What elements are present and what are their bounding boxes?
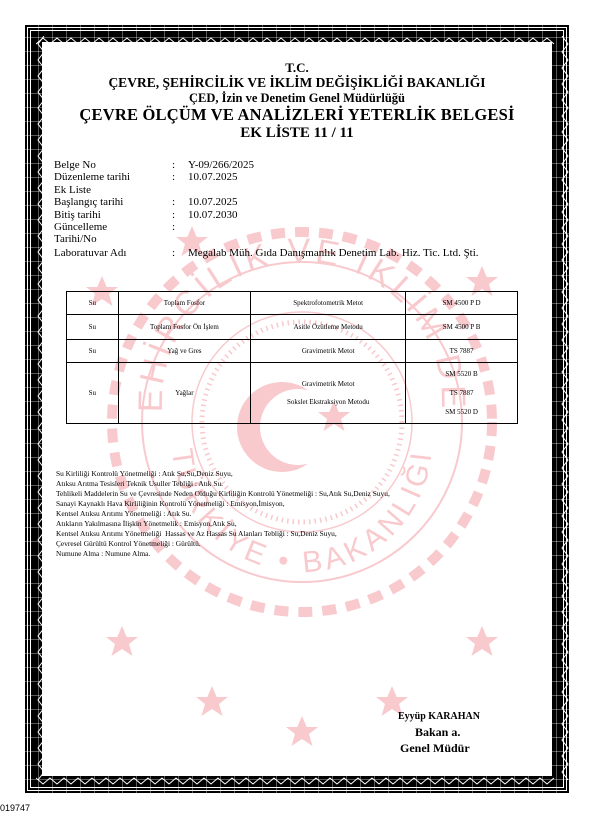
signatory-title-line2: Genel Müdür	[400, 741, 470, 756]
info-label: Başlangıç tarihi	[54, 196, 172, 208]
standard-cell: TS 7887	[406, 340, 518, 363]
standard-line: SM 5520 D	[408, 403, 515, 422]
info-colon: :	[172, 221, 188, 233]
info-colon: :	[172, 209, 188, 221]
signatory-title-line1: Bakan a.	[415, 725, 460, 740]
info-row: Düzenleme tarihi : 10.07.2025	[54, 171, 479, 183]
parameter-cell: Yağ ve Gres	[118, 340, 251, 363]
table-row: Su Toplam Fosfor Ön İşlem Asitle Özütlem…	[67, 315, 518, 340]
regulation-item: Sanayi Kaynaklı Hava Kirliliğinin Kontro…	[56, 499, 390, 509]
document-number: Y-09/266/2025	[188, 159, 254, 171]
regulation-item: Atıksu Arıtma Tesisleri Teknik Usuller T…	[56, 479, 390, 489]
method-cell: Gravimetrik Metot	[251, 340, 406, 363]
info-colon: :	[172, 171, 188, 183]
info-colon: :	[172, 196, 188, 208]
method-line: Sokslet Ekstraksiyon Metodu	[253, 393, 403, 411]
info-label: Ek Liste	[54, 184, 172, 196]
info-colon: :	[172, 247, 188, 259]
ministry-name: ÇEVRE, ŞEHİRCİLİK VE İKLİM DEĞİŞİKLİĞİ B…	[42, 75, 552, 91]
standard-cell: SM 4500 P D	[406, 292, 518, 315]
info-label: Laboratuvar Adı	[54, 247, 172, 259]
regulation-item: Çevresel Gürültü Kontrol Yönetmeliği : G…	[56, 539, 390, 549]
certificate-info: Belge No : Y-09/266/2025 Düzenleme tarih…	[54, 159, 479, 259]
method-cell: Gravimetrik Metot Sokslet Ekstraksiyon M…	[251, 363, 406, 424]
department-name: ÇED, İzin ve Denetim Genel Müdürlüğü	[42, 91, 552, 106]
serial-number: 019747	[0, 803, 30, 813]
info-label: Güncelleme	[54, 221, 172, 233]
info-row: Güncelleme :	[54, 221, 479, 233]
info-row: Belge No : Y-09/266/2025	[54, 159, 479, 171]
header-tc: T.C.	[42, 60, 552, 76]
regulation-item: Kentsel Atıksu Arıtımı Yönetmeliği : Atı…	[56, 509, 390, 519]
info-row: Ek Liste	[54, 184, 479, 196]
regulation-item: Numune Alma : Numune Alma.	[56, 549, 390, 559]
parameters-table: Su Toplam Fosfor Spektrofotometrik Metot…	[66, 291, 518, 424]
regulation-item: Su Kirliliği Kontrolü Yönetmeliği : Atık…	[56, 469, 390, 479]
table-row: Su Yağlar Gravimetrik Metot Sokslet Ekst…	[67, 363, 518, 424]
start-date: 10.07.2025	[188, 196, 238, 208]
info-row: Tarihi/No	[54, 233, 479, 245]
issue-date: 10.07.2025	[188, 171, 238, 183]
table-row: Su Toplam Fosfor Spektrofotometrik Metot…	[67, 292, 518, 315]
info-label: Belge No	[54, 159, 172, 171]
parameter-cell: Toplam Fosfor	[118, 292, 251, 315]
matrix-cell: Su	[67, 292, 119, 315]
method-cell: Asitle Özütleme Metodu	[251, 315, 406, 340]
regulation-item: Kentsel Atıksu Arıtımı Yönetmeliği Hassa…	[56, 529, 390, 539]
info-row: Laboratuvar Adı : Megalab Müh. Gıda Danı…	[54, 247, 479, 259]
table-row: Su Yağ ve Gres Gravimetrik Metot TS 7887	[67, 340, 518, 363]
signatory-name: Eyyüp KARAHAN	[398, 711, 480, 722]
info-colon	[172, 233, 188, 245]
certificate-title: ÇEVRE ÖLÇÜM VE ANALİZLERİ YETERLİK BELGE…	[42, 105, 552, 125]
info-label: Tarihi/No	[54, 233, 172, 245]
info-label: Bitiş tarihi	[54, 209, 172, 221]
regulations-list: Su Kirliliği Kontrolü Yönetmeliği : Atık…	[56, 469, 390, 559]
standard-line: SM 5520 B	[408, 365, 515, 384]
regulation-item: Tehlikeli Maddelerin Su ve Çevresinde Ne…	[56, 489, 390, 499]
standard-line: TS 7887	[408, 384, 515, 403]
info-label: Düzenleme tarihi	[54, 171, 172, 183]
info-row: Başlangıç tarihi : 10.07.2025	[54, 196, 479, 208]
end-date: 10.07.2030	[188, 209, 238, 221]
method-cell: Spektrofotometrik Metot	[251, 292, 406, 315]
laboratory-name: Megalab Müh. Gıda Danışmanlık Denetim La…	[188, 247, 479, 259]
parameter-cell: Yağlar	[118, 363, 251, 424]
certificate-page: ÇEVRE, ŞEHİRCİLİK VE İKLİM DEĞİŞİKLİĞİ T…	[42, 42, 552, 776]
info-colon: :	[172, 159, 188, 171]
list-title: EK LİSTE 11 / 11	[42, 125, 552, 142]
parameter-cell: Toplam Fosfor Ön İşlem	[118, 315, 251, 340]
matrix-cell: Su	[67, 363, 119, 424]
standard-cell: SM 4500 P B	[406, 315, 518, 340]
regulation-item: Atıkların Yakılmasına İlişkin Yönetmelik…	[56, 519, 390, 529]
matrix-cell: Su	[67, 315, 119, 340]
info-row: Bitiş tarihi : 10.07.2030	[54, 209, 479, 221]
info-colon	[172, 184, 188, 196]
standard-cell: SM 5520 B TS 7887 SM 5520 D	[406, 363, 518, 424]
matrix-cell: Su	[67, 340, 119, 363]
method-line: Gravimetrik Metot	[253, 375, 403, 393]
